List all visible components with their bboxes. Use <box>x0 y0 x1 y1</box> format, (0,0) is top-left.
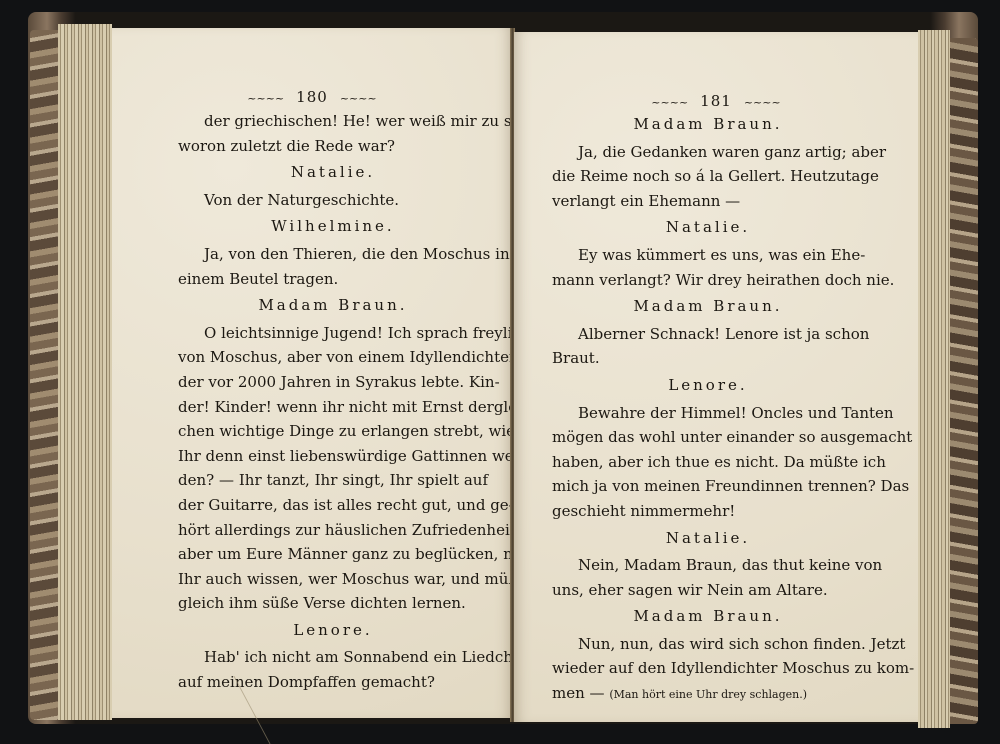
text-line: Ihr auch wissen, wer Moschus war, und mü… <box>178 567 488 592</box>
text-line: chen wichtige Dinge zu erlangen strebt, … <box>178 419 488 444</box>
page-body: Madam Braun.Ja, die Gedanken waren ganz … <box>552 110 864 706</box>
text-line: der! Kinder! wenn ihr nicht mit Ernst de… <box>178 395 488 420</box>
text-line: Ja, von den Thieren, die den Moschus in <box>178 242 488 267</box>
ornament-left: ~~~~ <box>247 92 284 105</box>
text-line: aber um Eure Männer ganz zu beglücken, m… <box>178 542 488 567</box>
page-number-header: ~~~~181~~~~ <box>514 92 918 110</box>
text-line: verlangt ein Ehemann — <box>552 189 864 214</box>
text-line: von Moschus, aber von einem Idyllendicht… <box>178 345 488 370</box>
page-number-header: ~~~~180~~~~ <box>112 88 512 106</box>
text-line: mich ja von meinen Freundinnen trennen? … <box>552 474 864 499</box>
marbled-cover-left <box>30 30 58 720</box>
text-line: geschieht nimmermehr! <box>552 499 864 524</box>
ornament-left: ~~~~ <box>651 96 688 109</box>
text-line: gleich ihm süße Verse dichten lernen. <box>178 591 488 616</box>
text-line: Von der Naturgeschichte. <box>178 188 488 213</box>
speaker-name: Madam Braun. <box>552 112 864 137</box>
ornament-right: ~~~~ <box>340 92 377 105</box>
speaker-name: Madam Braun. <box>178 293 488 318</box>
text-line: die Reime noch so á la Gellert. Heutzuta… <box>552 164 864 189</box>
text-line: uns, eher sagen wir Nein am Altare. <box>552 578 864 603</box>
text-line: Braut. <box>552 346 864 371</box>
text-line: auf meinen Dompfaffen gemacht? <box>178 670 488 695</box>
page-body: der griechischen! He! wer weiß mir zu sa… <box>178 109 488 695</box>
stage-direction: (Man hört eine Uhr drey schlagen.) <box>609 688 807 701</box>
dialogue-text: men — <box>552 684 609 702</box>
right-page: ~~~~181~~~~ Madam Braun.Ja, die Gedanken… <box>514 32 918 722</box>
text-line: der vor 2000 Jahren in Syrakus lebte. Ki… <box>178 370 488 395</box>
speaker-name: Madam Braun. <box>552 604 864 629</box>
text-line: Nun, nun, das wird sich schon finden. Je… <box>552 632 864 657</box>
speaker-name: Natalie. <box>552 526 864 551</box>
text-line: mann verlangt? Wir drey heirathen doch n… <box>552 268 864 293</box>
speaker-name: Lenore. <box>552 373 864 398</box>
text-line: Alberner Schnack! Lenore ist ja schon <box>552 322 864 347</box>
text-line: der Guitarre, das ist alles recht gut, u… <box>178 493 488 518</box>
text-line: den? — Ihr tanzt, Ihr singt, Ihr spielt … <box>178 468 488 493</box>
speaker-name: Wilhelmine. <box>178 214 488 239</box>
page-number: 181 <box>700 92 732 110</box>
marbled-cover-right <box>948 38 978 724</box>
text-line: haben, aber ich thue es nicht. Da müßte … <box>552 450 864 475</box>
left-page: ~~~~180~~~~ der griechischen! He! wer we… <box>112 28 512 718</box>
text-line: Ja, die Gedanken waren ganz artig; aber <box>552 140 864 165</box>
page-number: 180 <box>296 88 328 106</box>
text-line: einem Beutel tragen. <box>178 267 488 292</box>
speaker-name: Madam Braun. <box>552 294 864 319</box>
text-line: O leichtsinnige Jugend! Ich sprach freyl… <box>178 321 488 346</box>
text-line: Hab' ich nicht am Sonnabend ein Liedchen <box>178 645 488 670</box>
text-line: der griechischen! He! wer weiß mir zu sa… <box>178 109 488 134</box>
speaker-name: Lenore. <box>178 618 488 643</box>
ornament-right: ~~~~ <box>744 96 781 109</box>
text-line: men — (Man hört eine Uhr drey schlagen.) <box>552 681 864 706</box>
text-line: woron zuletzt die Rede war? <box>178 134 488 159</box>
page-edges-left <box>58 24 112 720</box>
text-line: Nein, Madam Braun, das thut keine von <box>552 553 864 578</box>
text-line: wieder auf den Idyllendichter Moschus zu… <box>552 656 864 681</box>
page-edges-right <box>918 30 950 728</box>
text-line: Bewahre der Himmel! Oncles und Tanten <box>552 401 864 426</box>
text-line: Ey was kümmert es uns, was ein Ehe- <box>552 243 864 268</box>
speaker-name: Natalie. <box>178 160 488 185</box>
speaker-name: Natalie. <box>552 215 864 240</box>
text-line: hört allerdings zur häuslichen Zufrieden… <box>178 518 488 543</box>
text-line: mögen das wohl unter einander so ausgema… <box>552 425 864 450</box>
text-line: Ihr denn einst liebenswürdige Gattinnen … <box>178 444 488 469</box>
